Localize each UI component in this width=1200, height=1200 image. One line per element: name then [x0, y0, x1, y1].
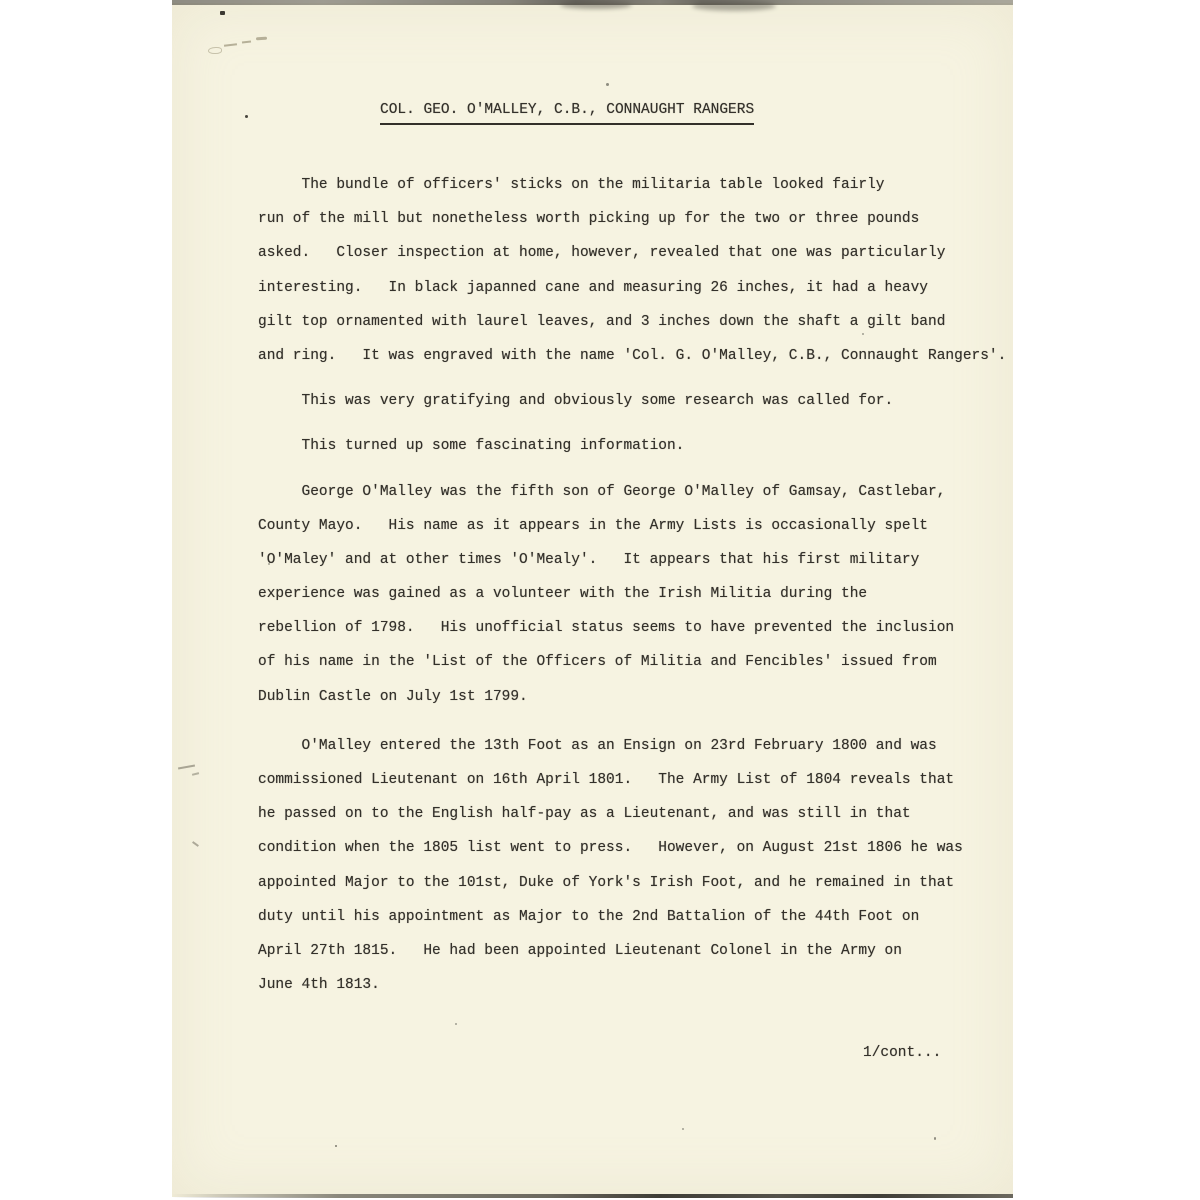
text-line: This turned up some fascinating informat… [258, 429, 1018, 463]
document-title: COL. GEO. O'MALLEY, C.B., CONNAUGHT RANG… [380, 100, 754, 125]
text-line: run of the mill but nonetheless worth pi… [258, 202, 1018, 236]
text-line: and ring. It was engraved with the name … [258, 339, 1018, 373]
text-line: 'O'Maley' and at other times 'O'Mealy'. … [258, 543, 1018, 577]
paper-speck [682, 1128, 684, 1130]
text-line: duty until his appointment as Major to t… [258, 900, 1018, 934]
text-line: O'Malley entered the 13th Foot as an Ens… [258, 729, 1018, 763]
text-line: This was very gratifying and obviously s… [258, 384, 1018, 418]
pencil-scribble [208, 47, 222, 54]
scan-smudge [560, 1, 632, 9]
paper-speck [455, 1023, 457, 1025]
pencil-scribble [256, 37, 267, 40]
page-footer: 1/cont... [863, 1041, 941, 1065]
pencil-scribble [224, 43, 237, 47]
text-line: condition when the 1805 list went to pre… [258, 831, 1018, 865]
paper-speck [606, 83, 609, 86]
paragraph: This turned up some fascinating informat… [258, 429, 1018, 463]
text-line: asked. Closer inspection at home, howeve… [258, 236, 1018, 270]
text-line: rebellion of 1798. His unofficial status… [258, 611, 1018, 645]
pencil-dash [178, 765, 195, 770]
text-line: gilt top ornamented with laurel leaves, … [258, 305, 1018, 339]
pencil-scribble [242, 41, 251, 44]
text-line: of his name in the 'List of the Officers… [258, 645, 1018, 679]
paper-speck [245, 115, 248, 118]
text-line: April 27th 1815. He had been appointed L… [258, 934, 1018, 968]
text-line: George O'Malley was the fifth son of Geo… [258, 475, 1018, 509]
paper-speck [335, 1145, 337, 1147]
paper-speck [934, 1137, 936, 1140]
text-line: Dublin Castle on July 1st 1799. [258, 680, 1018, 714]
scan-edge-bottom [172, 1194, 1013, 1198]
page-background: COL. GEO. O'MALLEY, C.B., CONNAUGHT RANG… [0, 0, 1200, 1200]
paper-speck [220, 11, 225, 15]
paragraph: George O'Malley was the fifth son of Geo… [258, 475, 1018, 714]
paragraph: This was very gratifying and obviously s… [258, 384, 1018, 418]
paper: COL. GEO. O'MALLEY, C.B., CONNAUGHT RANG… [172, 3, 1013, 1197]
text-line: commissioned Lieutenant on 16th April 18… [258, 763, 1018, 797]
text-line: The bundle of officers' sticks on the mi… [258, 168, 1018, 202]
text-line: interesting. In black japanned cane and … [258, 271, 1018, 305]
text-line: appointed Major to the 101st, Duke of Yo… [258, 866, 1018, 900]
pencil-dash [192, 841, 199, 847]
paragraph: O'Malley entered the 13th Foot as an Ens… [258, 729, 1018, 1003]
text-line: County Mayo. His name as it appears in t… [258, 509, 1018, 543]
text-line: experience was gained as a volunteer wit… [258, 577, 1018, 611]
scan-smudge [692, 1, 776, 11]
pencil-dash [192, 772, 199, 775]
text-line: June 4th 1813. [258, 968, 1018, 1002]
paragraph: The bundle of officers' sticks on the mi… [258, 168, 1018, 373]
document-body: The bundle of officers' sticks on the mi… [258, 168, 1018, 1002]
text-line: he passed on to the English half-pay as … [258, 797, 1018, 831]
